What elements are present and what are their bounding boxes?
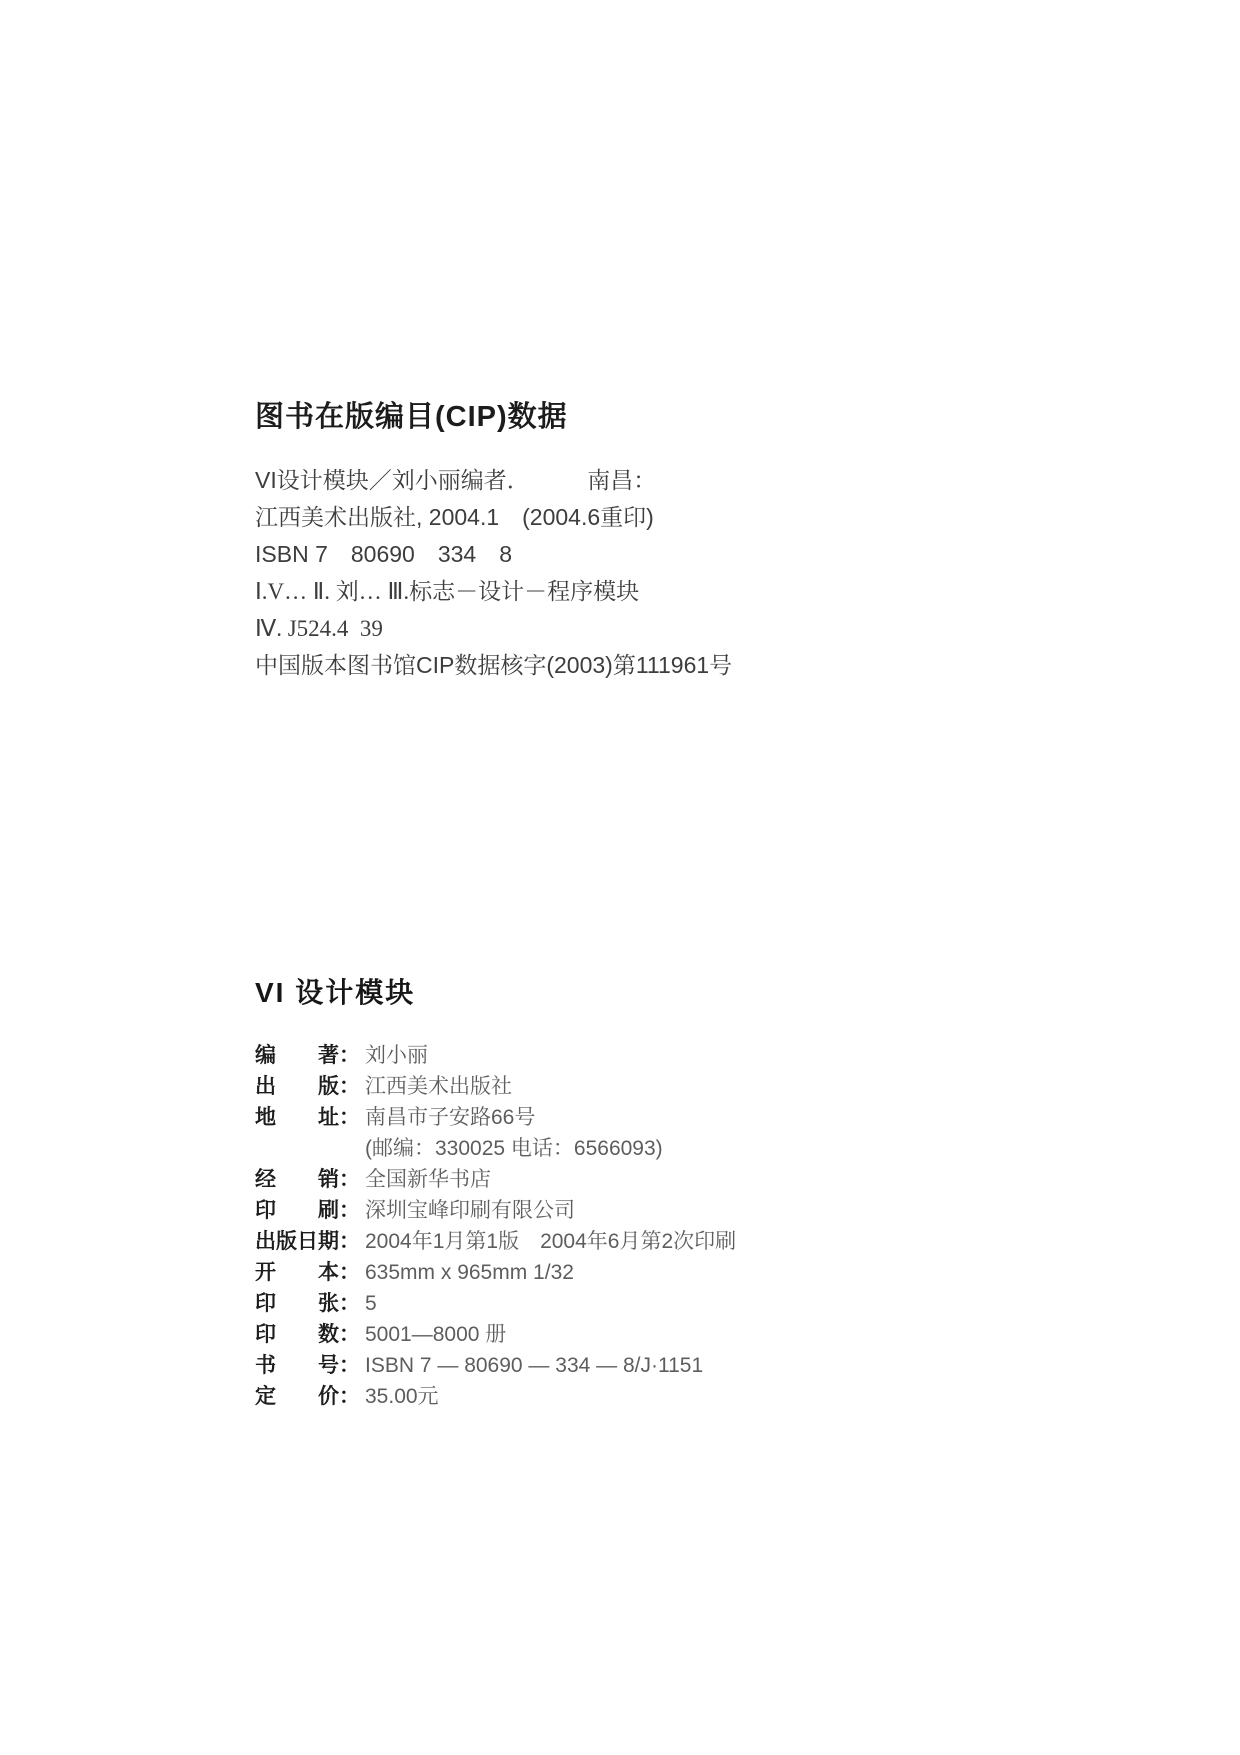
cip-line: ISBN 7 80690 334 8 [255,536,732,573]
colophon-value: 南昌市子安路66号 [365,1102,535,1133]
colophon-row: 编 著： 刘小丽 [255,1040,736,1071]
colophon-row: 定 价： 35.00元 [255,1381,736,1412]
colophon-row: 印 数： 5001—8000 册 [255,1319,736,1350]
colophon-value: (邮编：330025 电话：6566093) [365,1133,663,1164]
colophon-label: 经 销： [255,1164,365,1195]
colophon-label: 出版日期： [255,1226,365,1257]
cip-block: VI设计模块／刘小丽编者． 南昌： 江西美术出版社, 2004.1 (2004.… [255,462,732,684]
colophon-value: 5001—8000 册 [365,1319,506,1350]
book-title: VI 设计模块 [255,971,415,1011]
colophon-value: 5 [365,1288,377,1319]
colophon-label: 出 版： [255,1071,365,1102]
colophon-value: 2004年1月第1版 2004年6月第2次印刷 [365,1226,736,1257]
colophon-value: 全国新华书店 [365,1164,491,1195]
colophon-row: 出版日期： 2004年1月第1版 2004年6月第2次印刷 [255,1226,736,1257]
colophon-label: 编 著： [255,1040,365,1071]
copyright-page: 图书在版编目(CIP)数据 VI设计模块／刘小丽编者． 南昌： 江西美术出版社,… [0,0,1240,1755]
cip-line: Ⅳ. J524.4 39 [255,610,732,647]
colophon-value: 江西美术出版社 [365,1071,512,1102]
colophon-label: 印 数： [255,1319,365,1350]
cip-line: 江西美术出版社, 2004.1 (2004.6重印) [255,499,732,536]
colophon-value: 深圳宝峰印刷有限公司 [365,1195,575,1226]
colophon-list: 编 著： 刘小丽 出 版： 江西美术出版社 地 址： 南昌市子安路66号 (邮编… [255,1040,736,1412]
colophon-row: 印 刷： 深圳宝峰印刷有限公司 [255,1195,736,1226]
colophon-label: 定 价： [255,1381,365,1412]
colophon-label: 地 址： [255,1102,365,1133]
colophon-label: 印 张： [255,1288,365,1319]
colophon-row: 印 张： 5 [255,1288,736,1319]
colophon-label: 书 号： [255,1350,365,1381]
colophon-row: 地 址： 南昌市子安路66号 [255,1102,736,1133]
colophon-row: 书 号： ISBN 7 — 80690 — 334 — 8/J·1151 [255,1350,736,1381]
cip-line: Ⅰ.V… Ⅱ. 刘… Ⅲ.标志－设计－程序模块 [255,573,732,610]
colophon-value: 刘小丽 [365,1040,428,1071]
cip-line: VI设计模块／刘小丽编者． 南昌： [255,462,732,499]
cip-heading: 图书在版编目(CIP)数据 [255,394,568,435]
colophon-row: 出 版： 江西美术出版社 [255,1071,736,1102]
colophon-label: 印 刷： [255,1195,365,1226]
colophon-row: (邮编：330025 电话：6566093) [255,1133,736,1164]
colophon-row: 经 销： 全国新华书店 [255,1164,736,1195]
cip-line: 中国版本图书馆CIP数据核字(2003)第111961号 [255,647,732,684]
colophon-value: 35.00元 [365,1381,439,1412]
colophon-label: 开 本： [255,1257,365,1288]
colophon-row: 开 本： 635mm x 965mm 1/32 [255,1257,736,1288]
colophon-value: 635mm x 965mm 1/32 [365,1257,574,1288]
colophon-value: ISBN 7 — 80690 — 334 — 8/J·1151 [365,1350,703,1381]
